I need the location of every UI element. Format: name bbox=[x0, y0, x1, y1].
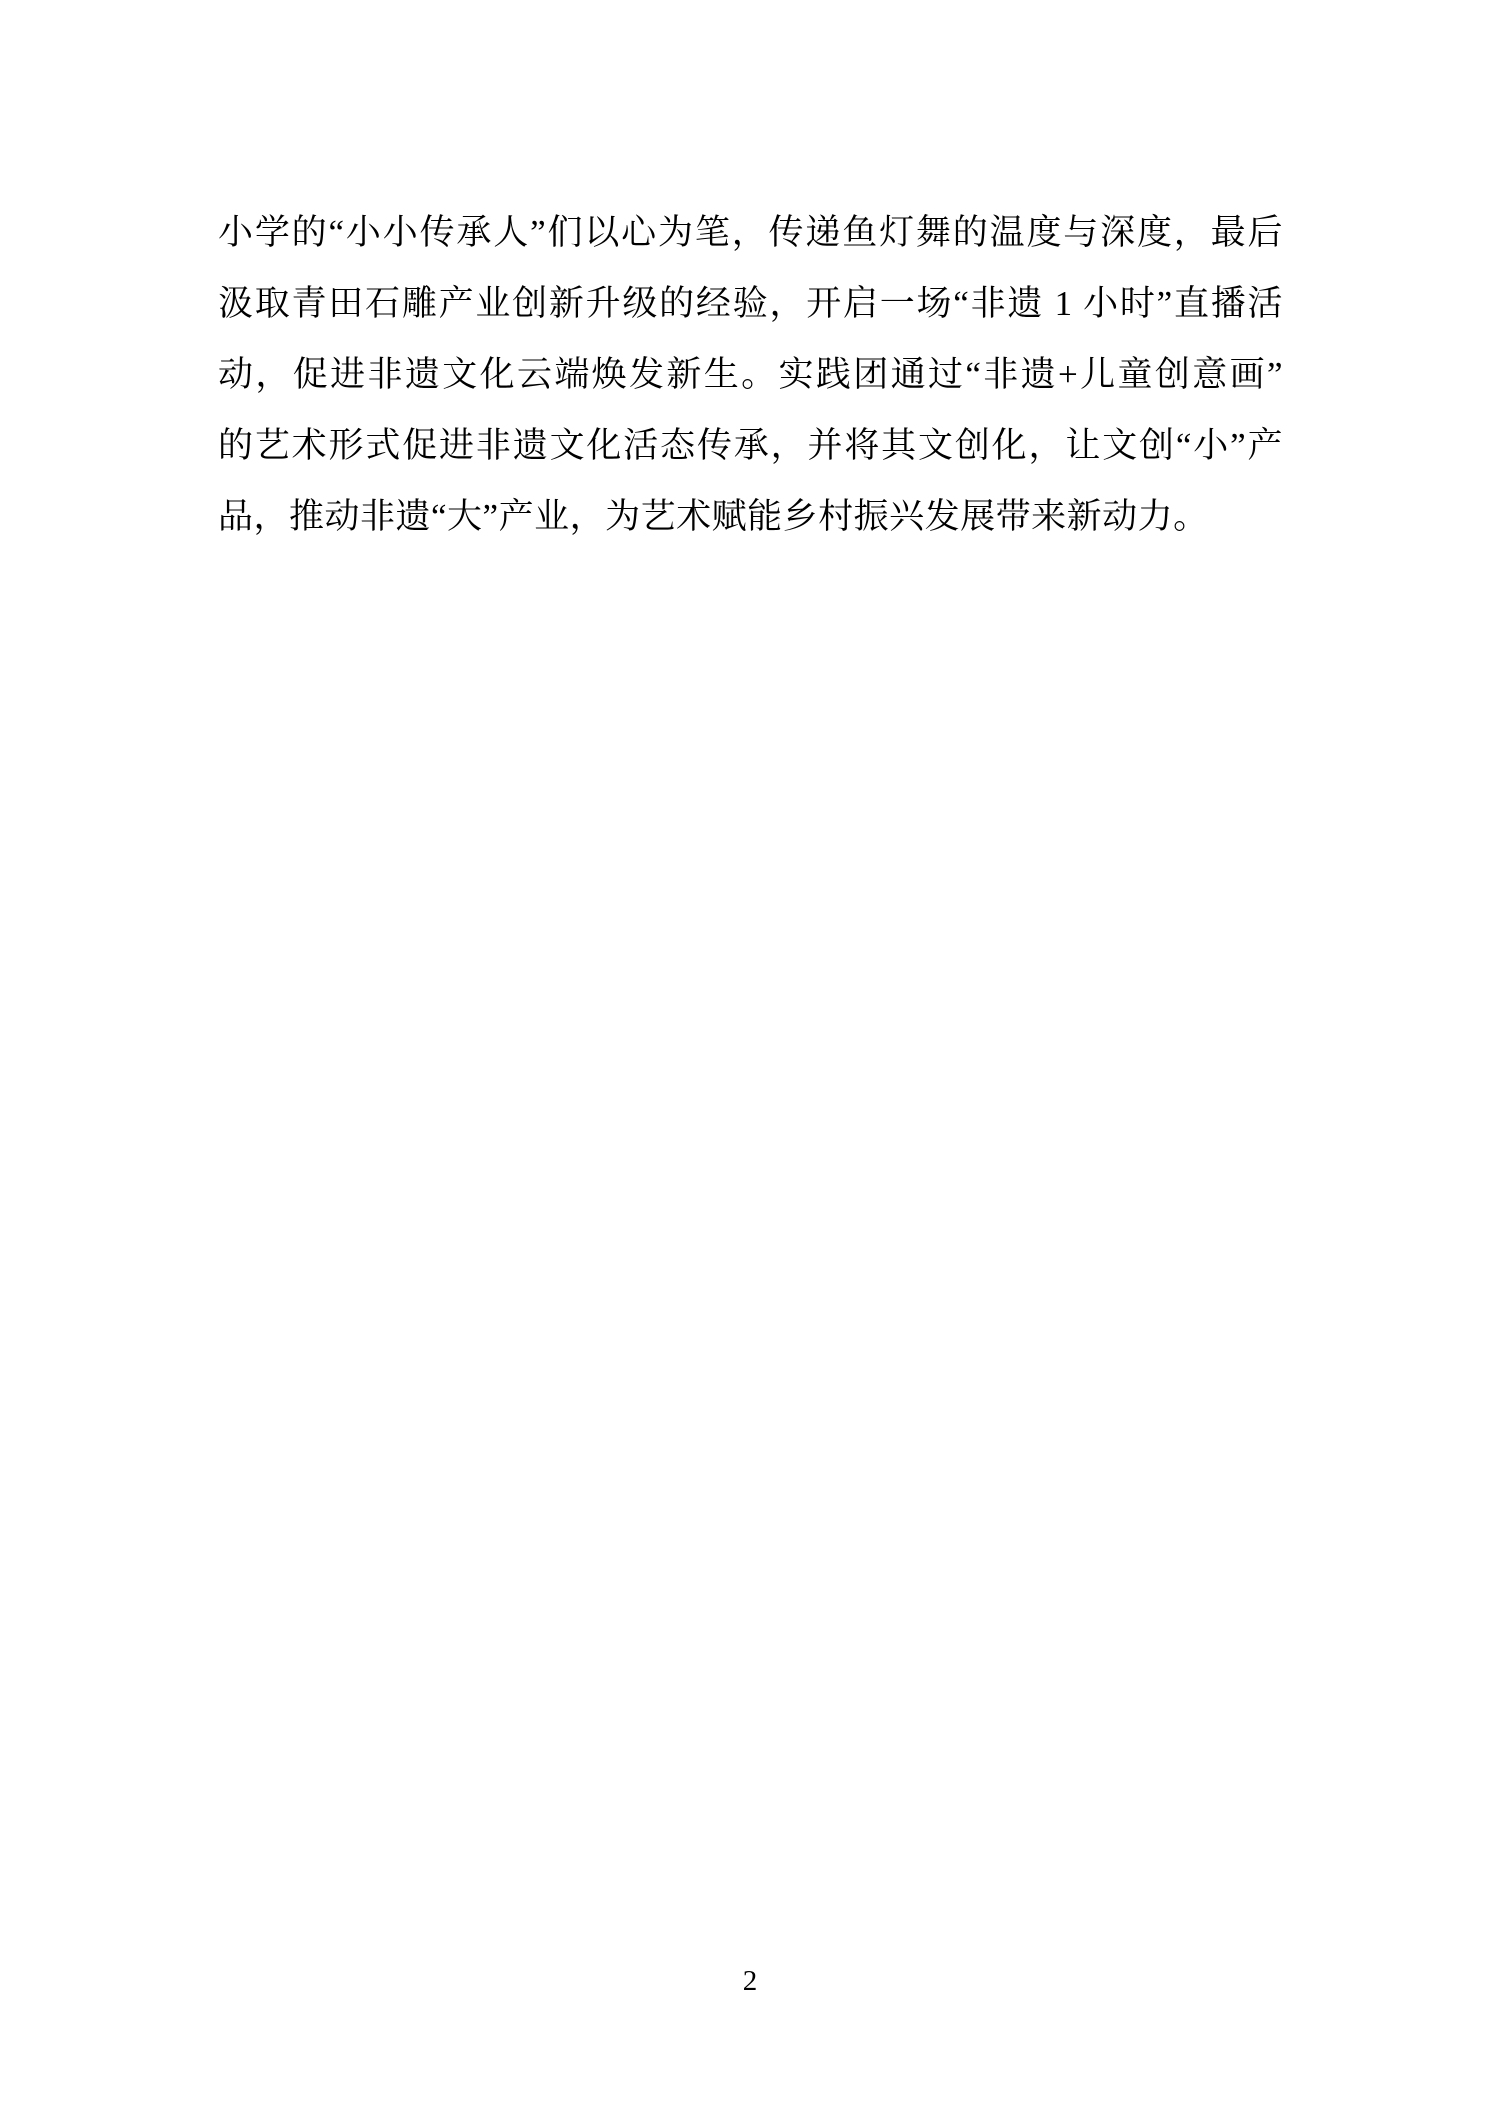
paragraph-line-2: 汲取青田石雕产业创新升级的经验，开启一场“非遗 1 小时”直播活 bbox=[218, 268, 1283, 339]
paragraph-line-3: 动，促进非遗文化云端焕发新生。实践团通过“非遗+儿童创意画” bbox=[218, 339, 1283, 410]
document-page: 小学的“小小传承人”们以心为笔，传递鱼灯舞的温度与深度，最后 汲取青田石雕产业创… bbox=[0, 0, 1500, 2121]
page-number: 2 bbox=[743, 1964, 758, 1998]
paragraph-line-5: 品，推动非遗“大”产业，为艺术赋能乡村振兴发展带来新动力。 bbox=[218, 481, 1283, 552]
page-footer: 2 bbox=[0, 1964, 1500, 1998]
body-paragraph: 小学的“小小传承人”们以心为笔，传递鱼灯舞的温度与深度，最后 汲取青田石雕产业创… bbox=[218, 197, 1283, 552]
paragraph-line-1: 小学的“小小传承人”们以心为笔，传递鱼灯舞的温度与深度，最后 bbox=[218, 197, 1283, 268]
paragraph-line-4: 的艺术形式促进非遗文化活态传承，并将其文创化，让文创“小”产 bbox=[218, 410, 1283, 481]
